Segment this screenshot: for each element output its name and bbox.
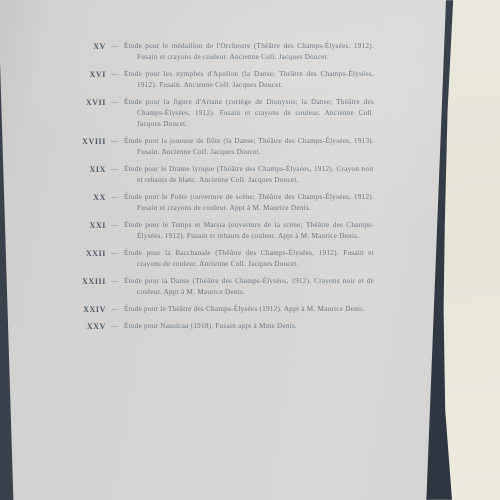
entry-numeral: XXV xyxy=(56,321,106,332)
catalog-entry: XVII — Étude pour la figure d'Ariane (co… xyxy=(56,97,374,130)
entry-dash: — xyxy=(108,41,122,63)
entry-dash: — xyxy=(108,304,122,315)
entry-numeral: XXII xyxy=(56,248,106,270)
entry-text: Étude pour les nymphes d'Apollon (la Dan… xyxy=(124,69,374,91)
entry-dash: — xyxy=(108,136,122,158)
entry-dash: — xyxy=(108,321,122,332)
entry-numeral: XXIV xyxy=(56,304,106,315)
entry-dash: — xyxy=(108,220,122,242)
entry-numeral: XXI xyxy=(56,220,106,242)
entry-numeral: XVII xyxy=(56,97,106,130)
entry-dash: — xyxy=(108,192,122,214)
entry-numeral: XXIII xyxy=(56,276,106,298)
entry-text: Étude pour le Poète (ouverture de scène;… xyxy=(124,192,374,214)
entry-text: Étude pour le médaillon de l'Orchestre (… xyxy=(124,41,374,63)
catalog-entry: XXIV — Étude pour le Théâtre des Champs-… xyxy=(56,304,374,315)
entry-dash: — xyxy=(108,97,122,130)
entry-text: Étude pour la joueuse de flûte (la Danse… xyxy=(124,136,374,158)
entry-text: Étude pour Nausicaa (1918). Fusain appt … xyxy=(124,321,374,332)
entry-text: Étude pour le Drame lyrique (Théâtre des… xyxy=(124,164,374,186)
entry-dash: — xyxy=(108,164,122,186)
catalog-entry: XXI — Étude pour le Temps et Marsia (ouv… xyxy=(56,220,374,242)
catalog-entry: XVIII — Étude pour la joueuse de flûte (… xyxy=(56,136,374,158)
entry-numeral: XX xyxy=(56,192,106,214)
catalog-entry: XX — Étude pour le Poète (ouverture de s… xyxy=(56,192,374,214)
catalogue-entry-list: XV — Étude pour le médaillon de l'Orches… xyxy=(56,41,374,338)
entry-numeral: XIX xyxy=(56,164,106,186)
entry-text: Étude pour le Temps et Marsia (ouverture… xyxy=(124,220,374,242)
entry-text: Étude pour la figure d'Ariane (cortège d… xyxy=(124,97,374,130)
catalogue-page: XV — Étude pour le médaillon de l'Orches… xyxy=(0,0,446,500)
entry-text: Étude pour la Bacchanale (Théâtre des Ch… xyxy=(124,248,374,270)
entry-dash: — xyxy=(108,69,122,91)
catalog-entry: XVI — Étude pour les nymphes d'Apollon (… xyxy=(56,69,374,91)
entry-text: Étude pour la Danse (Théâtre des Champs-… xyxy=(124,276,374,298)
catalog-entry: XXII — Étude pour la Bacchanale (Théâtre… xyxy=(56,248,374,270)
entry-dash: — xyxy=(108,276,122,298)
catalog-entry: XXIII — Étude pour la Danse (Théâtre des… xyxy=(56,276,374,298)
catalog-entry: XIX — Étude pour le Drame lyrique (Théât… xyxy=(56,164,374,186)
photographed-document: XV — Étude pour le médaillon de l'Orches… xyxy=(0,0,500,500)
entry-dash: — xyxy=(108,248,122,270)
entry-numeral: XVI xyxy=(56,69,106,91)
catalog-entry: XXV — Étude pour Nausicaa (1918). Fusain… xyxy=(56,321,374,332)
entry-numeral: XV xyxy=(56,41,106,63)
entry-text: Étude pour le Théâtre des Champs-Élysées… xyxy=(124,304,374,315)
entry-numeral: XVIII xyxy=(56,136,106,158)
catalog-entry: XV — Étude pour le médaillon de l'Orches… xyxy=(56,41,374,63)
